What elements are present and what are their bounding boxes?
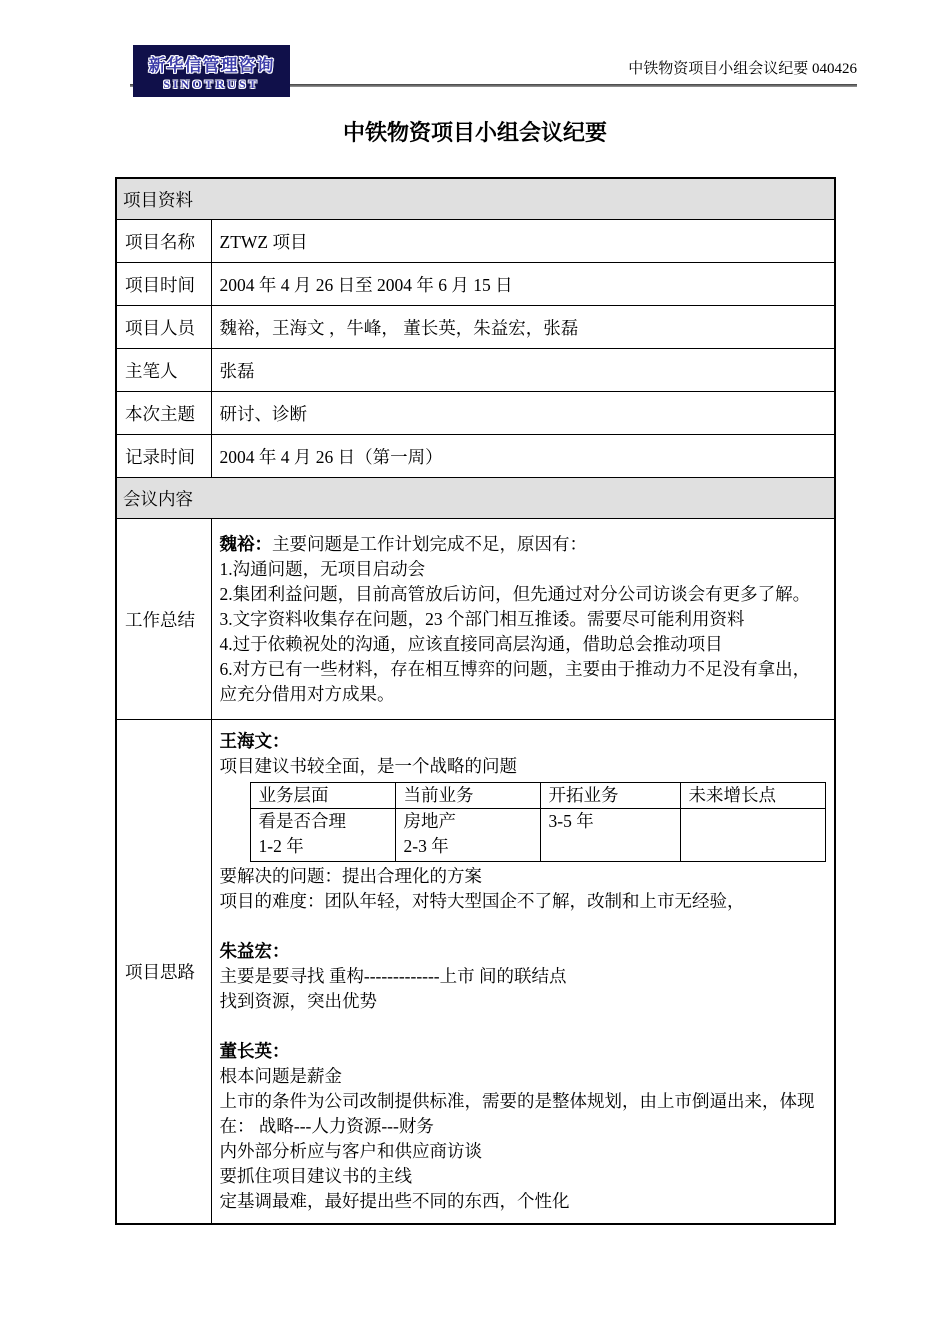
inner-cell-line: 房地产: [404, 809, 532, 834]
inner-header-cell: 开拓业务: [540, 783, 680, 809]
meeting-minutes-table: 项目资料 项目名称 ZTWZ 项目 项目时间 2004 年 4 月 26 日至 …: [115, 177, 836, 1225]
thinking-line: 定基调最难，最好提出些不同的东西，个性化: [220, 1189, 827, 1214]
header-doc-reference: 中铁物资项目小组会议纪要 040426: [628, 57, 857, 81]
speaker-line-wanghaiwen: 王海文：: [220, 729, 827, 754]
inner-header-cell: 未来增长点: [680, 783, 825, 809]
row-label-topic: 本次主题: [116, 392, 211, 435]
speaker-line-weiyu: 魏裕：主要问题是工作计划完成不足，原因有：: [220, 532, 827, 557]
inner-data-cell: 看是否合理 1-2 年: [250, 809, 395, 862]
thinking-line: 项目的难度：团队年轻，对特大型国企不了解，改制和上市无经验，: [220, 889, 827, 914]
inner-cell-line: 1-2 年: [259, 834, 387, 859]
speaker-name: 朱益宏：: [220, 941, 290, 961]
inner-cell-line: 看是否合理: [259, 809, 387, 834]
thinking-line: 主要是要寻找 重构-------------上市 间的联结点: [220, 964, 827, 989]
section-row-project-info: 项目资料: [116, 178, 835, 220]
table-row: 项目人员 魏裕，王海文 ，牛峰， 董长英，朱益宏，张磊: [116, 306, 835, 349]
logo-text-chinese: 新华信管理咨询: [149, 51, 275, 76]
document-page: 新华信管理咨询 SINOTRUST 中铁物资项目小组会议纪要 040426 中铁…: [0, 0, 950, 1344]
summary-item: 6.对方已有一些材料，存在相互博弈的问题，主要由于推动力不足没有拿出，应充分借用…: [220, 657, 827, 707]
row-label-project-thinking: 项目思路: [116, 720, 211, 1225]
section-header-meeting-content: 会议内容: [116, 478, 835, 519]
speaker-line-dongchangying: 董长英：: [220, 1039, 827, 1064]
thinking-line: 内外部分析应与客户和供应商访谈: [220, 1139, 827, 1164]
speaker-intro: 主要问题是工作计划完成不足，原因有：: [272, 534, 587, 554]
table-row: 本次主题 研讨、诊断: [116, 392, 835, 435]
table-row: 主笔人 张磊: [116, 349, 835, 392]
inner-table-data-row: 看是否合理 1-2 年 房地产 2-3 年 3-5 年: [250, 809, 825, 862]
inner-cell-line: 3-5 年: [549, 809, 672, 834]
inner-data-cell: 房地产 2-3 年: [395, 809, 540, 862]
speaker-line-zhuyihong: 朱益宏：: [220, 939, 827, 964]
work-summary-row: 工作总结 魏裕：主要问题是工作计划完成不足，原因有： 1.沟通问题，无项目启动会…: [116, 519, 835, 720]
thinking-line: 找到资源，突出优势: [220, 989, 827, 1014]
inner-data-cell-empty: [680, 809, 825, 862]
summary-item: 4.过于依赖祝处的沟通，应该直接同高层沟通，借助总会推动项目: [220, 632, 827, 657]
inner-header-cell: 业务层面: [250, 783, 395, 809]
table-row: 项目名称 ZTWZ 项目: [116, 220, 835, 263]
thinking-line: 根本问题是薪金: [220, 1064, 827, 1089]
blank-line: [220, 914, 827, 939]
row-value-project-members: 魏裕，王海文 ，牛峰， 董长英，朱益宏，张磊: [211, 306, 835, 349]
row-label-project-members: 项目人员: [116, 306, 211, 349]
thinking-line: 上市的条件为公司改制提供标准，需要的是整体规划，由上市倒逼出来，体现在： 战略-…: [220, 1089, 827, 1139]
row-label-record-time: 记录时间: [116, 435, 211, 478]
row-label-chief-writer: 主笔人: [116, 349, 211, 392]
row-value-project-name: ZTWZ 项目: [211, 220, 835, 263]
inner-header-cell: 当前业务: [395, 783, 540, 809]
inner-cell-line: 2-3 年: [404, 834, 532, 859]
page-title: 中铁物资项目小组会议纪要: [0, 116, 950, 147]
summary-item: 2.集团利益问题，目前高管放后访问，但先通过对分公司访谈会有更多了解。: [220, 582, 827, 607]
blank-line: [220, 1014, 827, 1039]
inner-table-header-row: 业务层面 当前业务 开拓业务 未来增长点: [250, 783, 825, 809]
row-label-project-time: 项目时间: [116, 263, 211, 306]
summary-item: 1.沟通问题，无项目启动会: [220, 557, 827, 582]
summary-item: 3.文字资料收集存在问题，23 个部门相互推诿。需要尽可能利用资料: [220, 607, 827, 632]
project-thinking-content: 王海文： 项目建议书较全面，是一个战略的问题 业务层面 当前业务 开拓业务 未来…: [211, 720, 835, 1225]
row-value-record-time: 2004 年 4 月 26 日（第一周）: [211, 435, 835, 478]
thinking-line: 要解决的问题：提出合理化的方案: [220, 864, 827, 889]
row-label-project-name: 项目名称: [116, 220, 211, 263]
speaker-name: 魏裕：: [220, 534, 273, 554]
thinking-line: 项目建议书较全面，是一个战略的问题: [220, 754, 827, 779]
business-layers-table: 业务层面 当前业务 开拓业务 未来增长点 看是否合理 1-2 年 房地产 2-3…: [250, 782, 826, 862]
row-value-project-time: 2004 年 4 月 26 日至 2004 年 6 月 15 日: [211, 263, 835, 306]
row-value-topic: 研讨、诊断: [211, 392, 835, 435]
row-value-chief-writer: 张磊: [211, 349, 835, 392]
section-header-project-info: 项目资料: [116, 178, 835, 220]
project-thinking-row: 项目思路 王海文： 项目建议书较全面，是一个战略的问题 业务层面 当前业务 开拓…: [116, 720, 835, 1225]
sinotrust-logo: 新华信管理咨询 SINOTRUST: [133, 45, 290, 97]
logo-text-english: SINOTRUST: [163, 77, 259, 92]
table-row: 记录时间 2004 年 4 月 26 日（第一周）: [116, 435, 835, 478]
section-row-meeting-content: 会议内容: [116, 478, 835, 519]
speaker-name: 王海文：: [220, 731, 290, 751]
row-label-work-summary: 工作总结: [116, 519, 211, 720]
speaker-name: 董长英：: [220, 1041, 290, 1061]
thinking-line: 要抓住项目建议书的主线: [220, 1164, 827, 1189]
inner-data-cell: 3-5 年: [540, 809, 680, 862]
work-summary-content: 魏裕：主要问题是工作计划完成不足，原因有： 1.沟通问题，无项目启动会 2.集团…: [211, 519, 835, 720]
table-row: 项目时间 2004 年 4 月 26 日至 2004 年 6 月 15 日: [116, 263, 835, 306]
